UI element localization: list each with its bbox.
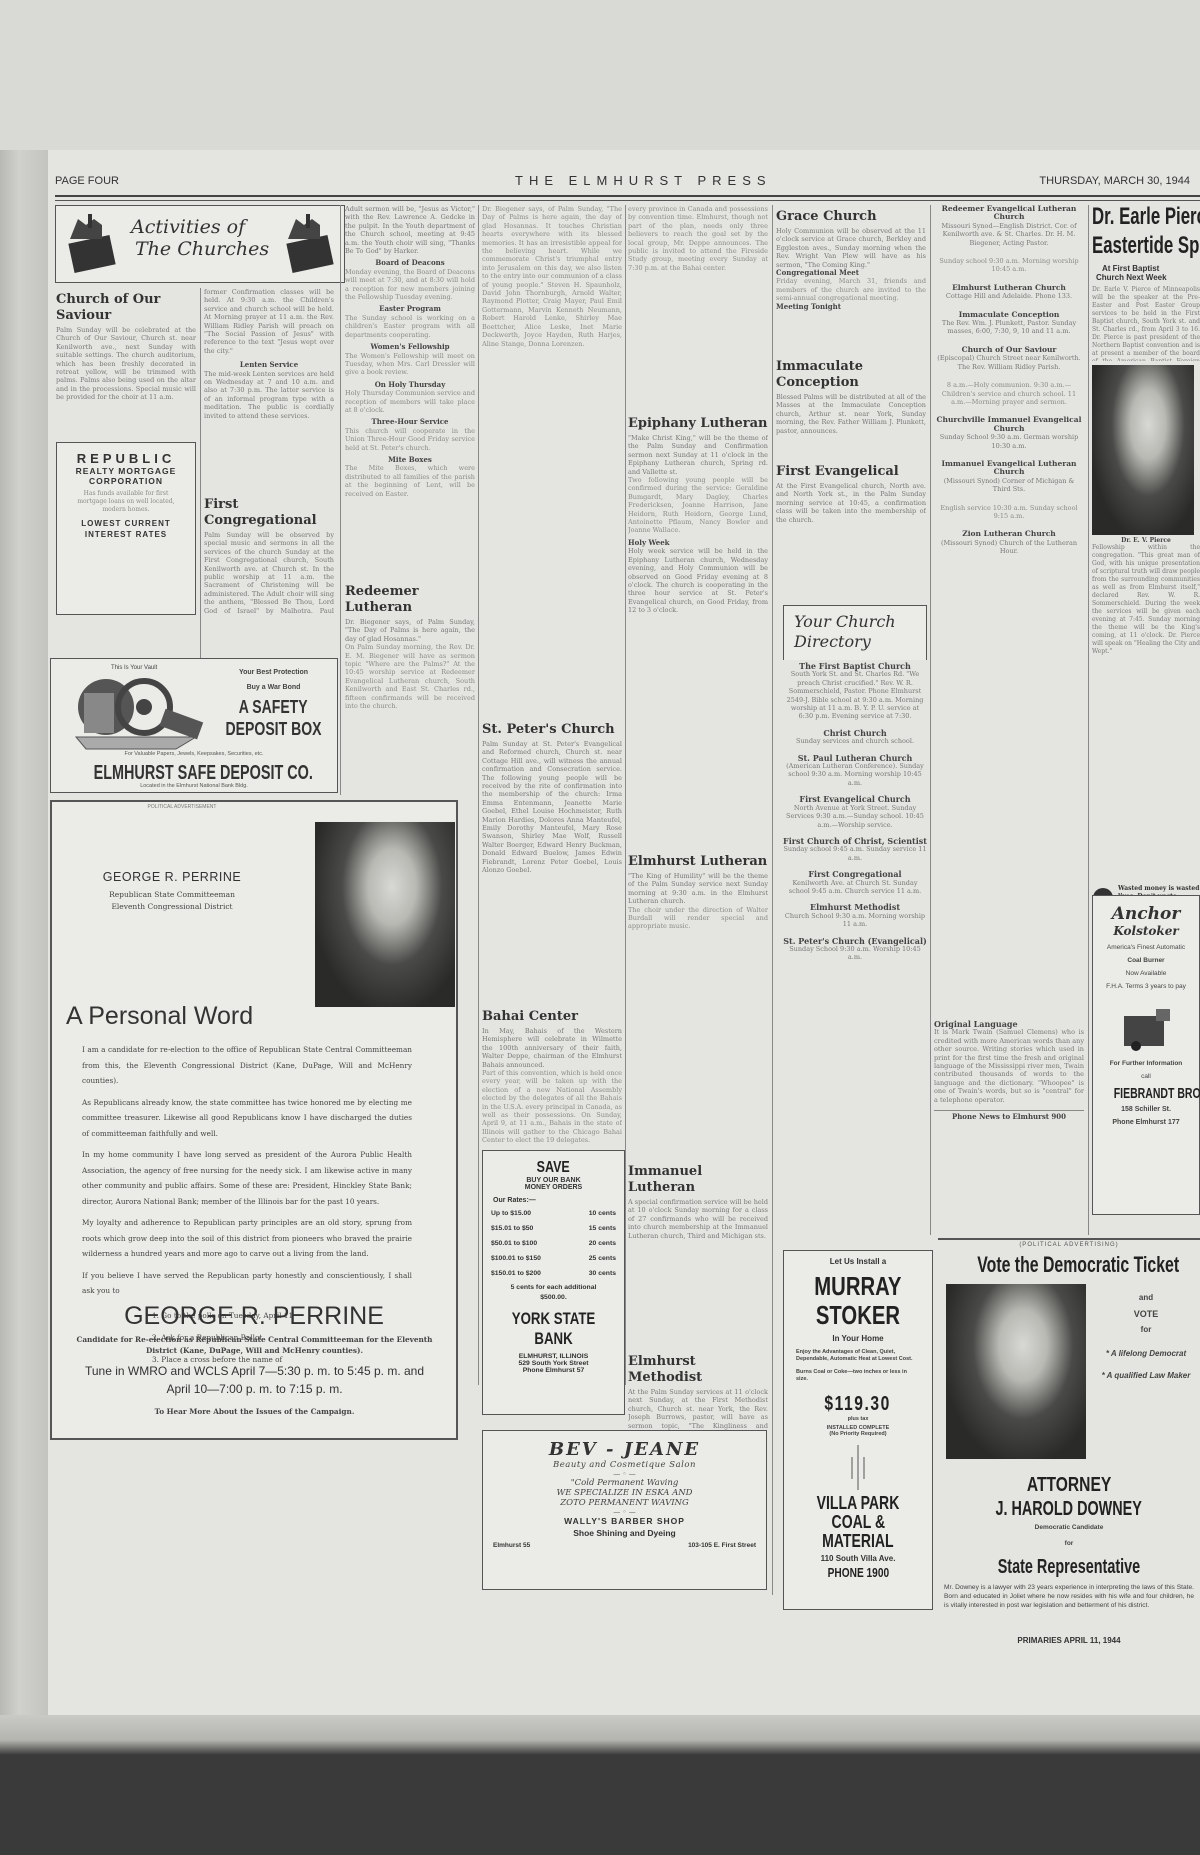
directory-entry-details: (American Lutheran Conference). Sunday s…	[783, 762, 927, 787]
for-text: for	[938, 1540, 1200, 1547]
democratic-candidate: Democratic Candidate	[938, 1524, 1200, 1531]
column-rule	[625, 205, 626, 1385]
radio-schedule: Tune in WMRO and WCLS April 7—5:30 p. m.…	[72, 1362, 437, 1398]
bank-city: ELMHURST, ILLINOIS	[483, 1353, 624, 1360]
scan-background-top	[0, 0, 1200, 150]
anchor-product: Coal Burner	[1093, 957, 1199, 964]
republic-rates: LOWEST CURRENT INTEREST RATES	[71, 518, 181, 540]
activities-header: Activities of The Churches	[55, 205, 345, 283]
money-orders-line2: MONEY ORDERS	[483, 1184, 624, 1191]
deposit-box-headline: DEPOSIT BOX	[226, 719, 322, 740]
rate-row: $15.01 to $5015 cents	[491, 1221, 616, 1236]
anchor-kolstoker-ad: Anchor Kolstoker America's Finest Automa…	[1092, 895, 1200, 1215]
bank-name-line2: BANK	[534, 1329, 572, 1349]
article-body: Blessed Palms will be distributed at all…	[776, 393, 926, 435]
rate-fee: 15 cents	[589, 1221, 616, 1236]
page-label: PAGE FOUR	[55, 175, 119, 187]
rate-fee: 30 cents	[589, 1266, 616, 1281]
stoker-name: STOKER	[816, 1301, 900, 1329]
activities-title-line2: The Churches	[131, 238, 269, 260]
stoker-intro: Let Us Install a	[784, 1257, 932, 1266]
column-rule	[772, 205, 773, 1595]
article-heading: Bahai Center	[482, 1009, 622, 1025]
church-directory-list: The First Baptist Church South York St. …	[783, 662, 927, 1237]
anchor-name: Anchor	[1093, 904, 1199, 924]
stoker-benefits: Enjoy the Advantages of Clean, Quiet, De…	[784, 1343, 932, 1363]
directory-entry-details: Church School 9:30 a.m. Morning worship …	[783, 912, 927, 929]
no-priority: (No Priority Required)	[784, 1431, 932, 1437]
perrine-name: GEORGE R. PERRINE	[72, 870, 272, 884]
side-text: for	[1096, 1322, 1196, 1338]
war-bond-text: Buy a War Bond	[211, 684, 336, 691]
article-body: Palm Sunday will be celebrated at the Ch…	[56, 326, 196, 402]
call-text: call	[1093, 1073, 1199, 1080]
office-title: State Representative	[998, 1555, 1140, 1579]
directory-entry-details: Cottage Hill and Adelaide. Phone 133.	[934, 292, 1084, 300]
article-body: Dr. Biegener says, of Palm Sunday, "The …	[345, 618, 475, 643]
shoe-shining-text: Shoe Shining and Dyeing	[483, 1528, 766, 1538]
villa-park-line3: MATERIAL	[822, 1532, 893, 1551]
article-body: It is Mark Twain (Samuel Clemens) who is…	[934, 1028, 1084, 1104]
salon-line1: "Cold Permanent Waving	[483, 1478, 766, 1488]
article-body: In May, Bahais of the Western Hemisphere…	[482, 1027, 622, 1069]
anchor-availability: Now Available	[1093, 970, 1199, 977]
anchor-tagline: America's Finest Automatic	[1093, 944, 1199, 951]
fiebrandt-phone: Phone Elmhurst 177	[1093, 1119, 1199, 1126]
section-rule	[938, 1238, 1200, 1240]
article-first-congregational: First Congregational Palm Sunday will be…	[204, 493, 334, 615]
rate-range: $50.01 to $100	[491, 1236, 537, 1251]
directory-entry-details: Sunday school 9:45 a.m. Sunday service 1…	[783, 845, 927, 862]
article-heading: Grace Church	[776, 209, 926, 225]
stoker-machine-illustration	[1116, 1004, 1176, 1054]
article-body-lenten: The mid-week Lenten services are held on…	[204, 370, 334, 420]
side-text: and	[1096, 1290, 1196, 1306]
pierce-body-continued: Fellowship within the congregation. "Thi…	[1092, 544, 1200, 764]
salon-line2: WE SPECIALIZE IN ESKA AND	[483, 1488, 766, 1498]
additional-fee: 5 cents for each additional $500.00.	[483, 1281, 624, 1305]
directory-entry-name: First Evangelical Church	[783, 795, 927, 803]
perrine-role2: Eleventh Congressional District	[72, 902, 272, 911]
side-text: * A lifelong Democrat	[1096, 1348, 1196, 1360]
article-epiphany-lutheran: Epiphany Lutheran "Make Christ King," wi…	[628, 412, 768, 722]
salon-phone: Elmhurst 55	[493, 1542, 530, 1549]
directory-entry-name: St. Paul Lutheran Church	[783, 754, 927, 762]
york-state-bank-ad: SAVE BUY OUR BANK MONEY ORDERS Our Rates…	[482, 1150, 625, 1415]
safety-headline: A SAFETY	[239, 697, 308, 718]
subhead-holy-week: Holy Week	[628, 539, 768, 547]
protection-text: Your Best Protection	[211, 669, 336, 676]
downey-portrait-photo	[946, 1284, 1086, 1459]
rates-table: Up to $15.0010 cents $15.01 to $5015 cen…	[483, 1206, 624, 1281]
directory-entry-details: Missouri Synod—English District. Cor. of…	[934, 222, 1084, 247]
subhead: Board of Deacons	[345, 259, 475, 267]
downey-political-ad: (POLITICAL ADVERTISING) Vote the Democra…	[938, 1242, 1200, 1710]
article-heading: St. Peter's Church	[482, 722, 622, 738]
in-your-home: In Your Home	[784, 1334, 932, 1343]
directory-entry-name: St. Peter's Church (Evangelical)	[783, 937, 927, 945]
elmhurst-safe-deposit-ad: This Is Your Vault Your Best Protection …	[50, 658, 338, 793]
column-rule	[340, 205, 341, 795]
subhead: Easter Program	[345, 305, 475, 313]
downey-name: J. HAROLD DOWNEY	[996, 1497, 1142, 1521]
vote-side-list: and VOTE for * A lifelong Democrat * A q…	[1096, 1290, 1196, 1382]
pierce-headline-line2: Eastertide Speake	[1092, 232, 1200, 260]
pierce-portrait-photo	[1092, 365, 1194, 535]
bank-vault-illustration	[66, 675, 206, 750]
perrine-political-ad: POLITICAL ADVERTISEMENT GEORGE R. PERRIN…	[50, 800, 458, 1440]
murray-name: MURRAY	[814, 1272, 901, 1300]
kolstoker-name: Kolstoker	[1093, 924, 1199, 938]
political-ad-label: POLITICAL ADVERTISEMENT	[52, 804, 312, 810]
bank-address: 529 South York Street	[483, 1360, 624, 1367]
scan-background-bottom	[0, 1715, 1200, 1855]
directory-entry-name: Elmhurst Methodist	[783, 903, 927, 911]
article-body: "Make Christ King," will be the theme of…	[628, 434, 768, 476]
directory-entry-name: Church of Our Saviour	[934, 346, 1084, 354]
article-st-peters: St. Peter's Church Palm Sunday at St. Pe…	[482, 718, 622, 968]
fiebrandt-address: 158 Schiller St.	[1093, 1106, 1199, 1113]
article-heading: Immaculate Conception	[776, 359, 926, 391]
article-heading: Epiphany Lutheran	[628, 416, 768, 432]
article-col4: Dr. Biegener says, of Palm Sunday, "The …	[482, 205, 622, 725]
subhead: Mite Boxes	[345, 456, 475, 464]
save-headline: SAVE	[537, 1159, 570, 1177]
article-body: Adult sermon will be, "Jesus as Victor,"…	[345, 205, 475, 255]
article-first-evangelical: First Evangelical At the First Evangelic…	[776, 460, 926, 570]
pierce-deck2: Church Next Week	[1096, 273, 1200, 282]
salon-line3: ZOTO PERMANENT WAVING	[483, 1498, 766, 1508]
ornament-lines-icon	[848, 1445, 868, 1490]
plus-tax: plus tax	[784, 1416, 932, 1422]
directory-entry-name: Elmhurst Lutheran Church	[934, 284, 1084, 292]
column-rule	[1088, 205, 1089, 1235]
further-info: For Further Information	[1093, 1060, 1199, 1067]
ornament-divider: — ◦ —	[483, 1470, 766, 1478]
rate-fee: 20 cents	[589, 1236, 616, 1251]
church-bible-icon	[66, 214, 121, 274]
political-advertising-label: (POLITICAL ADVERTISING)	[938, 1242, 1200, 1248]
article-elmhurst-lutheran: Elmhurst Lutheran "The King of Humility"…	[628, 850, 768, 985]
money-orders-line1: BUY OUR BANK	[483, 1177, 624, 1184]
salon-address: 103-105 E. First Street	[688, 1542, 756, 1549]
article-church-of-our-saviour: Church of Our Saviour Palm Sunday will b…	[56, 288, 196, 408]
directory-entry-name: Immanuel Evangelical Lutheran Church	[934, 460, 1084, 477]
article-body: At the First Evangelical church, North a…	[776, 482, 926, 524]
closing-line: To Hear More About the Issues of the Cam…	[72, 1407, 437, 1416]
directory-entry-name: First Congregational	[783, 870, 927, 878]
directory-entry-name: Zion Lutheran Church	[934, 530, 1084, 538]
directory-entry-details: North Avenue at York Street. Sunday Serv…	[783, 804, 927, 829]
masthead: PAGE FOUR THE ELMHURST PRESS THURSDAY, M…	[55, 175, 1200, 193]
directory-entry-name: Immaculate Conception	[934, 311, 1084, 319]
republic-realty-ad: REPUBLIC REALTY MORTGAGE CORPORATION Has…	[56, 442, 196, 615]
perrine-role1: Republican State Committeeman	[72, 890, 272, 899]
article-immaculate-conception: Immaculate Conception Blessed Palms will…	[776, 355, 926, 455]
stoker-burns: Burns Coal or Coke—two inches or less in…	[784, 1363, 932, 1383]
article-col5-top: every province in Canada and possessions…	[628, 205, 768, 405]
rate-range: $150.01 to $200	[491, 1266, 541, 1281]
phone-news-footer: Phone News to Elmhurst 900	[934, 1110, 1084, 1121]
rate-range: $100.01 to $150	[491, 1251, 541, 1266]
perrine-paragraph: As Republicans already know, the state c…	[82, 1095, 412, 1142]
perrine-paragraph: My loyalty and adherence to Republican p…	[82, 1215, 412, 1262]
bank-name-line1: YORK STATE	[512, 1309, 595, 1329]
perrine-paragraph: If you believe I have served the Republi…	[82, 1268, 412, 1299]
perrine-paragraph: I am a candidate for re-election to the …	[82, 1042, 412, 1089]
primaries-date: PRIMARIES APRIL 11, 1944	[938, 1636, 1200, 1645]
page-binding-edge	[0, 150, 48, 1715]
issue-date: THURSDAY, MARCH 30, 1944	[1039, 175, 1190, 187]
rate-range: Up to $15.00	[491, 1206, 531, 1221]
article-saviour-continued: former Confirmation classes will be held…	[204, 288, 334, 420]
directory-entry-details: The Rev. Wm. J. Plunkett, Pastor. Sunday…	[934, 319, 1084, 336]
directory-title-line1: Your Church	[794, 612, 926, 632]
directory-entry-details: South York St. and St. Charles Rd. "We p…	[783, 670, 927, 720]
article-heading: Immanuel Lutheran	[628, 1164, 768, 1196]
article-heading: Church of Our Saviour	[56, 292, 196, 324]
article-body: Palm Sunday will be observed by special …	[204, 531, 334, 615]
right-church-directory: Redeemer Evangelical Lutheran Church Mis…	[934, 205, 1084, 845]
rate-fee: 25 cents	[589, 1251, 616, 1266]
pierce-photo-caption: Dr. E. V. Pierce	[1092, 537, 1200, 544]
article-body: former Confirmation classes will be held…	[204, 288, 334, 355]
article-heading: Elmhurst Lutheran	[628, 854, 768, 870]
article-body: Palm Sunday at St. Peter's Evangelical a…	[482, 740, 622, 875]
rate-row: $100.01 to $15025 cents	[491, 1251, 616, 1266]
article-dr-pierce: Dr. Earle Pierce I Eastertide Speake At …	[1092, 202, 1200, 822]
directory-entry-name: Christ Church	[783, 729, 927, 737]
salon-name: BEV - JEANE	[483, 1439, 766, 1460]
directory-entry-details: Kenilworth Ave. at Church St. Sunday sch…	[783, 879, 927, 896]
side-text: VOTE	[1096, 1306, 1196, 1322]
article-heading: First Evangelical	[776, 464, 926, 480]
rate-row: Up to $15.0010 cents	[491, 1206, 616, 1221]
rate-row: $150.01 to $20030 cents	[491, 1266, 616, 1281]
subhead: Congregational Meet	[776, 269, 926, 277]
directory-entry-details: Sunday School 9:30 a.m. German worship 1…	[934, 433, 1084, 450]
democratic-ticket-headline: Vote the Democratic Ticket	[977, 1252, 1179, 1278]
ornament-divider: — ◦ —	[483, 1508, 766, 1516]
article-redeemer-lutheran: Redeemer Lutheran Dr. Biegener says, of …	[345, 580, 475, 795]
church-directory-header: Your Church Directory	[783, 605, 927, 660]
attorney-title: ATTORNEY	[1027, 1473, 1111, 1497]
vault-caption: This Is Your Vault	[111, 665, 157, 671]
directory-entry-details: Sunday services and church school.	[783, 737, 927, 745]
personal-word-headline: A Personal Word	[66, 1002, 253, 1031]
villa-park-phone: PHONE 1900	[827, 1565, 888, 1580]
republic-name: REPUBLIC	[57, 451, 195, 466]
article-heading: Redeemer Lutheran	[345, 584, 475, 616]
barber-shop-name: WALLY'S BARBER SHOP	[483, 1516, 766, 1526]
side-text: * A qualified Law Maker	[1096, 1370, 1196, 1382]
activities-title-line1: Activities of	[131, 216, 269, 238]
subhead: Original Language	[934, 1020, 1084, 1028]
downey-bio: Mr. Downey is a lawyer with 23 years exp…	[944, 1584, 1194, 1610]
newspaper-title: THE ELMHURST PRESS	[515, 173, 772, 188]
safe-deposit-company: ELMHURST SAFE DEPOSIT CO.	[94, 762, 313, 785]
directory-title-line2: Directory	[794, 632, 926, 652]
villa-park-line2: COAL &	[831, 1513, 885, 1532]
article-heading: Elmhurst Methodist	[628, 1354, 768, 1386]
article-original-language: Original Language It is Mark Twain (Samu…	[934, 1020, 1084, 1225]
subhead: On Holy Thursday	[345, 381, 475, 389]
directory-entry-name: Churchville Immanuel Evangelical Church	[934, 416, 1084, 433]
perrine-big-name: GEORGE R. PERRINE	[52, 1302, 456, 1331]
article-body: "The King of Humility" will be the theme…	[628, 872, 768, 906]
directory-entry-name: First Church of Christ, Scientist	[783, 837, 927, 845]
article-col3-top: Adult sermon will be, "Jesus as Victor,"…	[345, 205, 475, 575]
pierce-deck1: At First Baptist	[1102, 264, 1200, 273]
anchor-terms: F.H.A. Terms 3 years to pay	[1093, 983, 1199, 990]
murray-stoker-ad: Let Us Install a MURRAY STOKER In Your H…	[783, 1250, 933, 1610]
directory-entry-details: Sunday School 9:30 a.m. Worship 10:45 a.…	[783, 945, 927, 962]
subhead-lenten: Lenten Service	[204, 361, 334, 369]
location-text: Located in the Elmhurst National Bank Bl…	[51, 783, 337, 789]
rate-row: $50.01 to $10020 cents	[491, 1236, 616, 1251]
republic-line3: CORPORATION	[57, 476, 195, 486]
rate-fee: 10 cents	[589, 1206, 616, 1221]
stoker-price: $119.30	[825, 1393, 891, 1416]
villa-park-line1: VILLA PARK	[817, 1494, 900, 1513]
valuables-text: For Valuable Papers, Jewels, Keepsakes, …	[51, 751, 337, 757]
article-grace-church: Grace Church Holy Communion will be obse…	[776, 205, 926, 350]
directory-entry-details: (Episcopal) Church Street near Kenilwort…	[934, 354, 1084, 371]
republic-line2: REALTY MORTGAGE	[57, 466, 195, 476]
perrine-paragraph: In my home community I have long served …	[82, 1147, 412, 1209]
church-bible-icon	[284, 214, 339, 274]
article-body-holy-week: Holy week service will be held in the Ep…	[628, 547, 768, 614]
subhead: Women's Fellowship	[345, 343, 475, 351]
masthead-rule	[55, 195, 1200, 201]
column-rule	[478, 205, 479, 1385]
salon-subtitle: Beauty and Cosmetique Salon	[483, 1460, 766, 1470]
bank-phone: Phone Elmhurst 57	[483, 1367, 624, 1374]
rates-label: Our Rates:—	[493, 1197, 624, 1204]
pierce-body: Dr. Earle V. Pierce of Minneapolis will …	[1092, 286, 1200, 361]
directory-entry-details: (Missouri Synod) Corner of Michigan & Th…	[934, 477, 1084, 494]
villa-park-address: 110 South Villa Ave.	[784, 1554, 932, 1563]
candidate-line: Candidate for Re-election as Republican …	[62, 1334, 447, 1356]
pierce-headline-line1: Dr. Earle Pierce I	[1092, 203, 1200, 231]
republic-small-text: Has funds available for first mortgage l…	[69, 490, 183, 514]
subhead: Meeting Tonight	[776, 303, 926, 311]
rate-range: $15.01 to $50	[491, 1221, 533, 1236]
article-body: A special confirmation service will be h…	[628, 1198, 768, 1240]
directory-entry-name: Redeemer Evangelical Lutheran Church	[934, 205, 1084, 222]
directory-entry-details: (Missouri Synod) Church of the Lutheran …	[934, 539, 1084, 556]
bev-jeane-salon-ad: BEV - JEANE Beauty and Cosmetique Salon …	[482, 1430, 767, 1590]
directory-entry-name: The First Baptist Church	[783, 662, 927, 670]
perrine-portrait-photo	[315, 822, 455, 1007]
article-heading: First Congregational	[204, 497, 334, 529]
subhead: Three-Hour Service	[345, 418, 475, 426]
column-rule	[930, 205, 931, 1235]
newspaper-page: PAGE FOUR THE ELMHURST PRESS THURSDAY, M…	[0, 150, 1200, 1715]
fiebrandt-company: FIEBRANDT BROS.	[1114, 1085, 1200, 1102]
article-body: Holy Communion will be observed at the 1…	[776, 227, 926, 269]
